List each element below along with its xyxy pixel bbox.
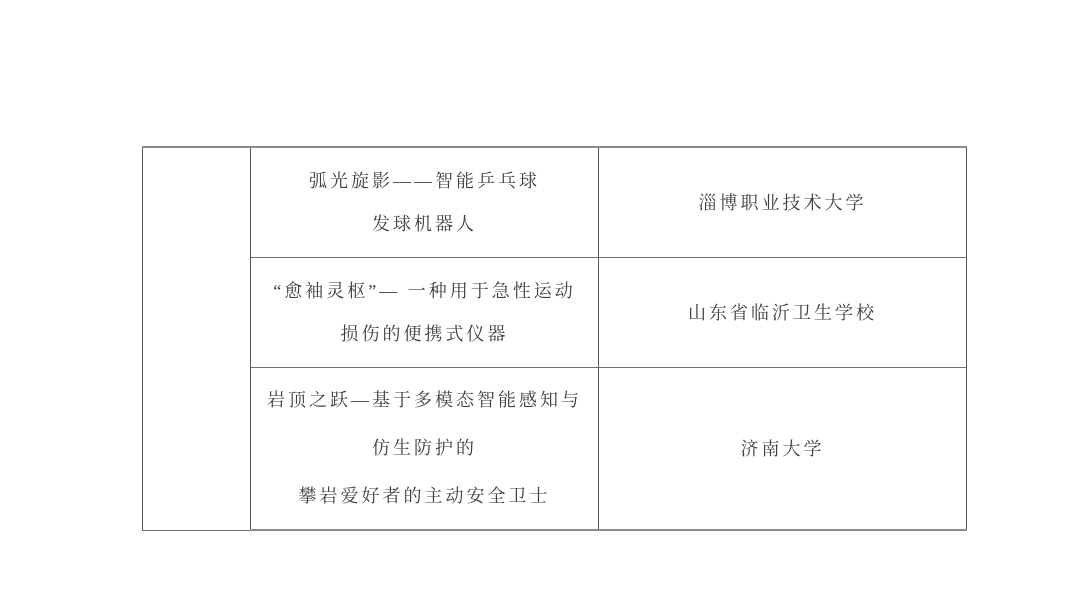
table-row: 岩顶之跃—基于多模态智能感知与 仿生防护的 攀岩爱好者的主动安全卫士 济南大学: [143, 367, 967, 530]
table-row: 弧光旋影——智能乒乓球 发球机器人 淄博职业技术大学: [143, 147, 967, 257]
project-name-line: 岩顶之跃—基于多模态智能感知与: [267, 391, 582, 409]
school-name-cell: 淄博职业技术大学: [599, 147, 967, 257]
project-name: 岩顶之跃—基于多模态智能感知与 仿生防护的 攀岩爱好者的主动安全卫士: [251, 391, 598, 505]
project-name: 弧光旋影——智能乒乓球 发球机器人: [251, 172, 598, 233]
project-name-cell: 弧光旋影——智能乒乓球 发球机器人: [251, 147, 599, 257]
project-name: “愈袖灵枢”— 一种用于急性运动 损伤的便携式仪器: [251, 282, 598, 343]
project-name-line: 仿生防护的: [372, 439, 477, 457]
school-name-cell: 济南大学: [599, 367, 967, 530]
project-name-line: 弧光旋影——智能乒乓球: [309, 172, 540, 190]
merged-empty-cell: [143, 147, 251, 530]
school-name-cell: 山东省临沂卫生学校: [599, 257, 967, 367]
project-name-line: 损伤的便携式仪器: [341, 325, 509, 343]
project-name-line: “愈袖灵枢”— 一种用于急性运动: [273, 282, 575, 300]
document-page: 弧光旋影——智能乒乓球 发球机器人 淄博职业技术大学 “愈袖灵枢”— 一种用于急…: [0, 0, 1080, 611]
project-name-line: 发球机器人: [372, 215, 477, 233]
award-table: 弧光旋影——智能乒乓球 发球机器人 淄博职业技术大学 “愈袖灵枢”— 一种用于急…: [142, 146, 967, 531]
project-name-cell: 岩顶之跃—基于多模态智能感知与 仿生防护的 攀岩爱好者的主动安全卫士: [251, 367, 599, 530]
project-name-cell: “愈袖灵枢”— 一种用于急性运动 损伤的便携式仪器: [251, 257, 599, 367]
table-row: “愈袖灵枢”— 一种用于急性运动 损伤的便携式仪器 山东省临沂卫生学校: [143, 257, 967, 367]
project-name-line: 攀岩爱好者的主动安全卫士: [299, 487, 551, 505]
